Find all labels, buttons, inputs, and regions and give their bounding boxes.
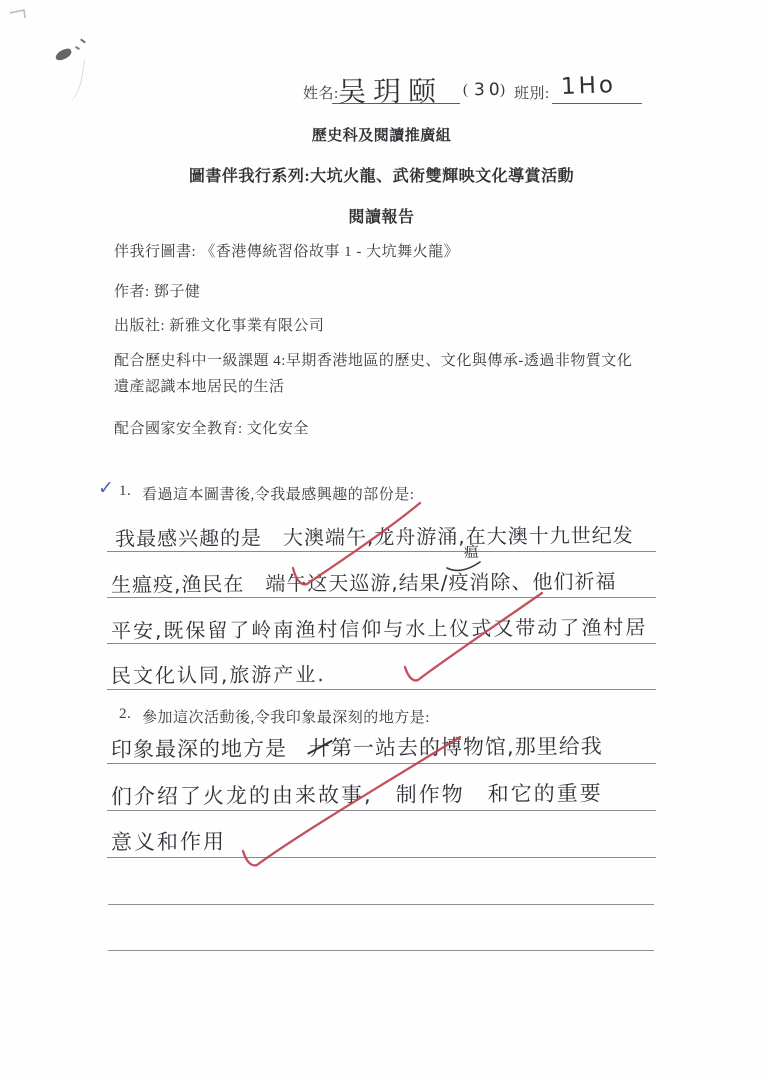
answer2-line2-text: 们介绍了火龙的由来故事, 制作物 和它的重要 bbox=[111, 777, 603, 810]
blue-check-icon: ✓ bbox=[98, 477, 114, 499]
empty-rule-line bbox=[108, 904, 654, 905]
answer2-line2: 们介绍了火龙的由来故事, 制作物 和它的重要 bbox=[107, 766, 656, 811]
paren-open: ( bbox=[463, 82, 469, 99]
name-handwritten: 吴玥颐 bbox=[338, 70, 443, 111]
answer1-line3-text: 平安,既保留了岭南渔村信仰与水上仪式又带动了渔村居 bbox=[111, 611, 648, 644]
answer2-line1-text: 印象最深的地方是 廾第一站去的博物馆,那里给我 bbox=[111, 730, 603, 763]
answer1-line1-text: 我最感兴趣的是 大澳端午,龙舟游涌,在大澳十九世纪发 bbox=[115, 519, 634, 552]
scan-corner-mark bbox=[4, 4, 44, 29]
q1-number: 1. bbox=[119, 483, 131, 500]
answer2-line3: 意义和作用 bbox=[107, 813, 656, 858]
class-label: 班別: bbox=[514, 82, 550, 103]
paren-close: ) bbox=[500, 82, 506, 99]
answer1-line3: 平安,既保留了岭南渔村信仰与水上仪式又带动了渔村居 bbox=[107, 599, 656, 644]
answer2-post: 第一站去的博物馆,那里给我 bbox=[331, 734, 603, 760]
answer2-pre: 印象最深的地方是 bbox=[111, 736, 309, 761]
meta-publisher: 出版社: 新雅文化事業有限公司 bbox=[114, 314, 324, 335]
meta-topic-line1: 配合歷史科中一級課題 4:早期香港地區的歷史、文化與傳承-透過非物質文化 bbox=[114, 349, 632, 370]
class-handwritten: 1Ho bbox=[561, 72, 617, 100]
answer1-line2-text: 生瘟疫,渔民在 端午这天巡游,结果/疫消除、他们祈福 bbox=[111, 565, 617, 598]
q1-question: 看過這本圖書後,令我最感興趣的部份是: bbox=[142, 483, 414, 504]
meta-security: 配合國家安全教育: 文化安全 bbox=[114, 417, 309, 438]
meta-author: 作者: 鄧子健 bbox=[114, 280, 200, 301]
answer1-line1: 我最感兴趣的是 大澳端午,龙舟游涌,在大澳十九世纪发 bbox=[107, 507, 656, 552]
answer1-line4: 民文化认同,旅游产业. bbox=[107, 645, 656, 690]
inserted-correction-char: 瘟 bbox=[464, 541, 479, 562]
answer1-line4-text: 民文化认同,旅游产业. bbox=[111, 658, 326, 688]
meta-topic-line2: 遺產認識本地居民的生活 bbox=[114, 375, 285, 396]
answer2-crossed-out-char: 廾 bbox=[309, 732, 331, 762]
empty-rule-line bbox=[108, 950, 654, 951]
heading-report-title: 閱讀報告 bbox=[0, 204, 763, 227]
heading-department: 歷史科及閱讀推廣組 bbox=[0, 124, 763, 145]
ink-smudge-tail bbox=[60, 57, 85, 105]
meta-book: 伴我行圖書: 《香港傳統習俗故事 1 - 大坑舞火龍》 bbox=[114, 240, 459, 261]
ink-speck bbox=[80, 38, 86, 43]
ink-speck bbox=[75, 46, 80, 50]
answer2-line3-text: 意义和作用 bbox=[111, 826, 226, 857]
answer1-line2: 生瘟疫,渔民在 端午这天巡游,结果/疫消除、他们祈福 bbox=[107, 553, 656, 598]
answer2-line1: 印象最深的地方是 廾第一站去的博物馆,那里给我 bbox=[107, 719, 656, 764]
scanned-report-page: 姓名: 吴玥颐 ( 30 ) 班別: 1Ho 歷史科及閱讀推廣組 圖書伴我行系列… bbox=[0, 0, 763, 1080]
heading-series: 圖書伴我行系列:大坑火龍、武術雙輝映文化導賞活動 bbox=[0, 163, 763, 186]
